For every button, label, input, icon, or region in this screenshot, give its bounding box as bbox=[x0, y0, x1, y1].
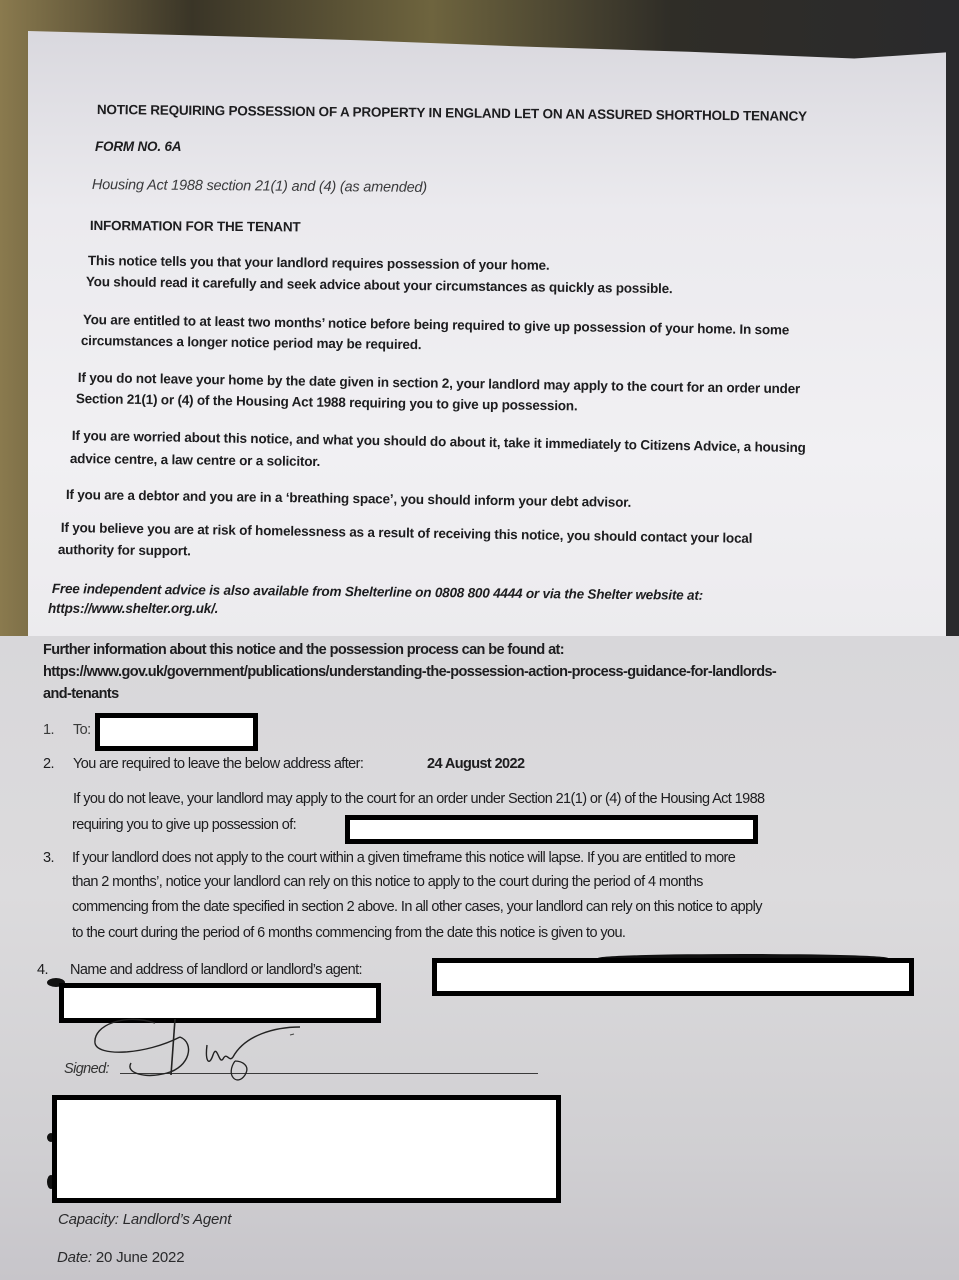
section-2-detail-continued: requiring you to give up possession of: bbox=[72, 817, 296, 833]
leave-by-date: 24 August 2022 bbox=[427, 756, 524, 772]
section-2-number: 2. bbox=[43, 756, 54, 772]
capacity-line: Capacity: Landlord’s Agent bbox=[58, 1211, 231, 1228]
gov-guidance-link-continued[interactable]: and-tenants bbox=[43, 686, 119, 702]
redacted-signatory-details bbox=[52, 1095, 561, 1203]
capacity-value: Landlord’s Agent bbox=[123, 1211, 232, 1228]
redacted-property-address bbox=[345, 815, 758, 844]
date-line: Date: 20 June 2022 bbox=[57, 1249, 184, 1266]
capacity-label: Capacity: bbox=[58, 1211, 119, 1228]
handwritten-signature-icon bbox=[85, 1015, 325, 1105]
info-heading: INFORMATION FOR THE TENANT bbox=[90, 218, 301, 234]
redacted-tenant-name bbox=[95, 713, 258, 751]
date-label: Date: bbox=[57, 1249, 92, 1266]
statute-reference: Housing Act 1988 section 21(1) and (4) (… bbox=[92, 177, 427, 196]
section-4-label: Name and address of landlord or landlord… bbox=[70, 962, 362, 978]
gov-guidance-link[interactable]: https://www.gov.uk/government/publicatio… bbox=[43, 664, 776, 680]
section-3-number: 3. bbox=[43, 850, 54, 866]
section-4-number: 4. bbox=[37, 962, 48, 978]
redacted-agent-name bbox=[432, 958, 914, 996]
section-1-label: To: bbox=[73, 722, 91, 738]
section-2-label: You are required to leave the below addr… bbox=[73, 756, 363, 772]
form-number: FORM NO. 6A bbox=[95, 139, 181, 154]
section-2-detail: If you do not leave, your landlord may a… bbox=[73, 791, 765, 807]
section-1-number: 1. bbox=[43, 722, 54, 738]
further-info-intro: Further information about this notice an… bbox=[43, 642, 564, 658]
shelter-website-link[interactable]: https://www.shelter.org.uk/. bbox=[48, 601, 218, 616]
date-value: 20 June 2022 bbox=[96, 1249, 185, 1266]
